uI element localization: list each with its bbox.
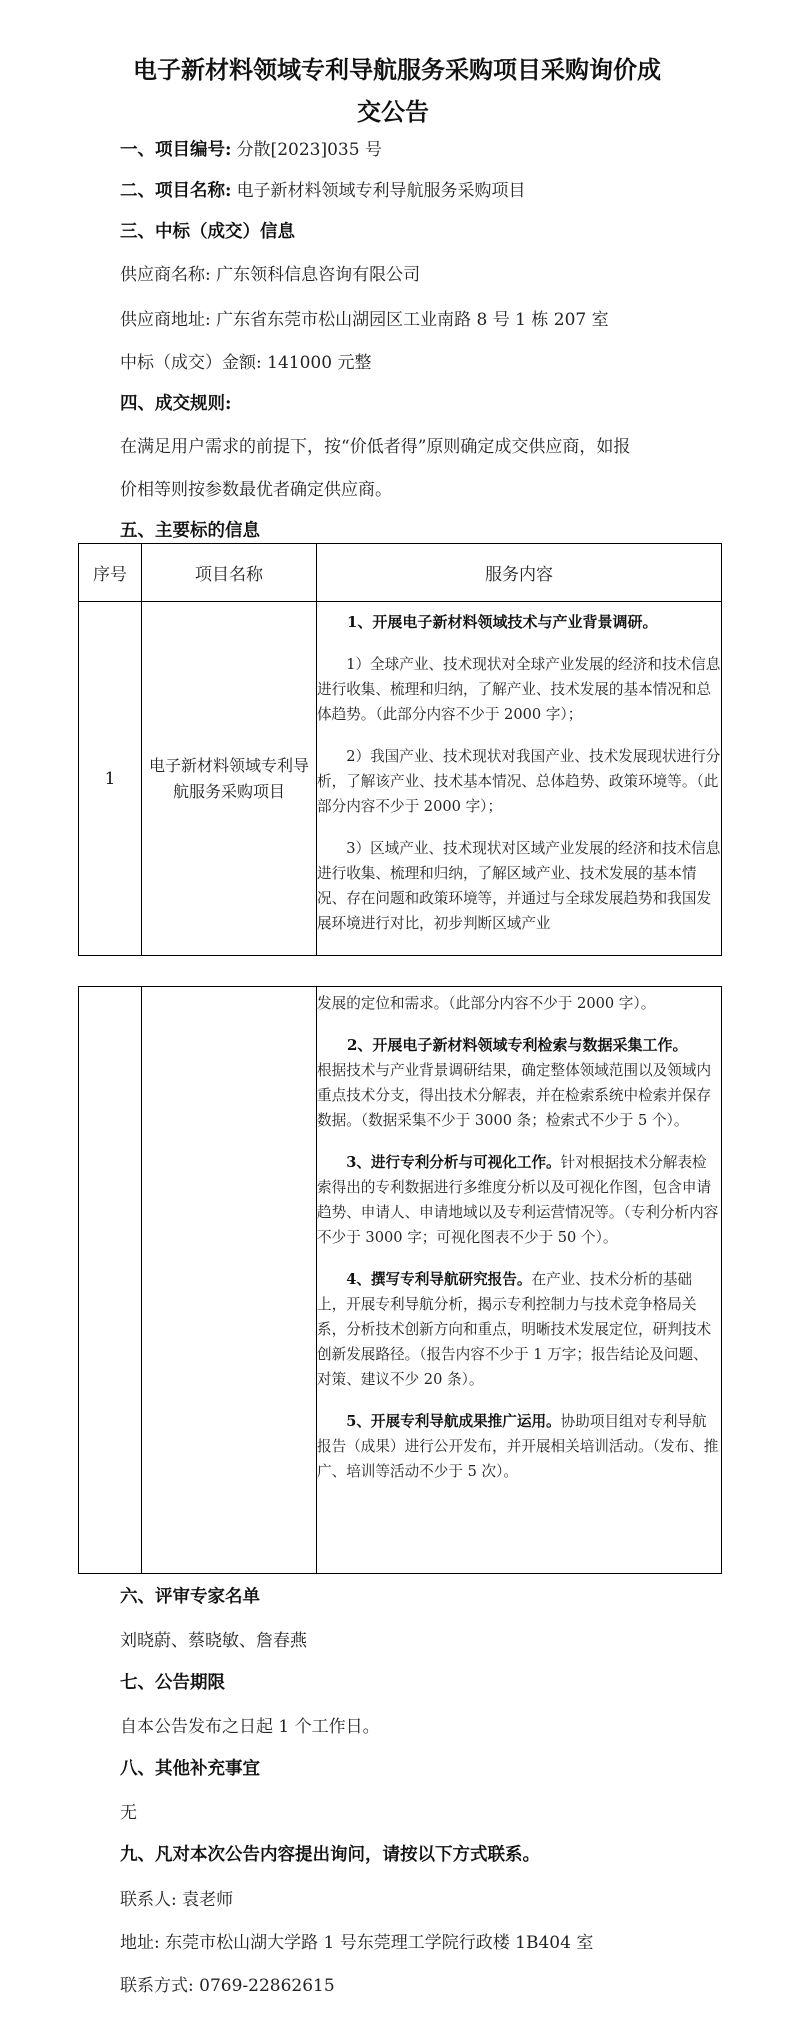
supplier-name-row: 供应商名称: 广东领科信息咨询有限公司: [120, 260, 420, 285]
header-project-name: 项目名称: [142, 544, 317, 602]
contact-address-label: 地址:: [120, 1933, 160, 1953]
section-heading: 二、项目名称:: [120, 181, 231, 201]
service-item-2-title: 2、开展电子新材料领域专利检索与数据采集工作。: [317, 1033, 721, 1058]
supplier-address-value: 广东省东莞市松山湖园区工业南路 8 号 1 栋 207 室: [216, 310, 609, 330]
row-service-content: 1、开展电子新材料领域技术与产业背景调研。 1）全球产业、技术现状对全球产业发展…: [317, 602, 722, 956]
header-index: 序号: [79, 544, 142, 602]
table-row: 1 电子新材料领域专利导航服务采购项目 1、开展电子新材料领域技术与产业背景调研…: [79, 602, 722, 956]
contact-phone-value: 0769-22862615: [199, 1976, 335, 1996]
section-heading-contact: 九、凡对本次公告内容提出询问，请按以下方式联系。: [120, 1841, 540, 1866]
document-title-line2: 交公告: [357, 92, 429, 127]
service-item-4-title: 4、撰写专利导航研究报告。: [346, 1271, 531, 1288]
section-project-number: 一、项目编号: 分散[2023]035 号: [120, 135, 382, 161]
contact-person-row: 联系人: 袁老师: [120, 1885, 233, 1910]
supplier-address-label: 供应商地址:: [120, 310, 211, 330]
project-name-value: 电子新材料领域专利导航服务采购项目: [237, 181, 526, 201]
service-item-4: 4、撰写专利导航研究报告。在产业、技术分析的基础上，开展专利导航分析，揭示专利控…: [317, 1267, 721, 1392]
service-item-1-p3: 3）区域产业、技术现状对区域产业发展的经济和技术信息进行收集、梳理和归纳，了解区…: [317, 836, 721, 936]
section-heading-award-info: 三、中标（成交）信息: [120, 218, 295, 243]
section-heading-other-matters: 八、其他补充事宜: [120, 1755, 260, 1780]
service-item-1-title: 1、开展电子新材料领域技术与产业背景调研。: [317, 610, 721, 635]
section-heading-rules: 四、成交规则:: [120, 390, 231, 415]
contact-phone-label: 联系方式:: [120, 1976, 194, 1996]
project-number-value: 分散[2023]035 号: [237, 140, 382, 160]
service-item-1-p1: 1）全球产业、技术现状对全球产业发展的经济和技术信息进行收集、梳理和归纳，了解产…: [317, 652, 721, 727]
other-matters-value: 无: [120, 1798, 137, 1823]
table-row-continued: 发展的定位和需求。（此部分内容不少于 2000 字）。 2、开展电子新材料领域专…: [79, 987, 722, 1574]
header-service-content: 服务内容: [317, 544, 722, 602]
service-item-5-title: 5、开展专利导航成果推广运用。: [346, 1413, 560, 1430]
service-item-5: 5、开展专利导航成果推广运用。协助项目组对专利导航报告（成果）进行公开发布，并开…: [317, 1409, 721, 1484]
contact-address-value: 东莞市松山湖大学路 1 号东莞理工学院行政楼 1B404 室: [165, 1933, 593, 1953]
contact-person-label: 联系人:: [120, 1890, 177, 1910]
service-item-4-body: 在产业、技术分析的基础上，开展专利导航分析，揭示专利控制力与技术竞争格局关系，分…: [317, 1271, 711, 1388]
section-heading-main-items: 五、主要标的信息: [120, 517, 260, 542]
items-table-part2: 发展的定位和需求。（此部分内容不少于 2000 字）。 2、开展电子新材料领域专…: [78, 986, 722, 1574]
service-item-1-p2: 2）我国产业、技术现状对我国产业、技术发展现状进行分析，了解该产业、技术基本情况…: [317, 744, 721, 819]
experts-list: 刘晓蔚、蔡晓敏、詹春燕: [120, 1626, 307, 1651]
rules-text-line1: 在满足用户需求的前提下，按“价低者得”原则确定成交供应商，如报: [120, 432, 630, 457]
award-amount-label: 中标（成交）金额:: [120, 353, 262, 373]
supplier-name-label: 供应商名称:: [120, 265, 211, 285]
items-table-part1: 序号 项目名称 服务内容 1 电子新材料领域专利导航服务采购项目 1、开展电子新…: [78, 543, 722, 956]
table-header-row: 序号 项目名称 服务内容: [79, 544, 722, 602]
contact-address-row: 地址: 东莞市松山湖大学路 1 号东莞理工学院行政楼 1B404 室: [120, 1928, 593, 1953]
award-amount-row: 中标（成交）金额: 141000 元整: [120, 348, 371, 373]
supplier-address-row: 供应商地址: 广东省东莞市松山湖园区工业南路 8 号 1 栋 207 室: [120, 305, 609, 330]
section-heading-experts: 六、评审专家名单: [120, 1583, 260, 1608]
row-service-content-continued: 发展的定位和需求。（此部分内容不少于 2000 字）。 2、开展电子新材料领域专…: [317, 987, 722, 1574]
rules-text-line2: 价相等则按参数最优者确定供应商。: [120, 475, 392, 500]
service-item-3: 3、进行专利分析与可视化工作。针对根据技术分解表检索得出的专利数据进行多维度分析…: [317, 1150, 721, 1250]
row-name-empty: [142, 987, 317, 1574]
award-amount-value: 141000 元整: [267, 353, 371, 373]
service-item-3-title: 3、进行专利分析与可视化工作。: [346, 1154, 560, 1171]
service-item-1-p3-cont: 发展的定位和需求。（此部分内容不少于 2000 字）。: [317, 991, 721, 1016]
section-heading: 一、项目编号:: [120, 140, 231, 160]
contact-phone-row: 联系方式: 0769-22862615: [120, 1971, 335, 1996]
service-item-2-body: 根据技术与产业背景调研结果，确定整体领域范围以及领域内重点技术分支，得出技术分解…: [317, 1058, 721, 1133]
row-index-empty: [79, 987, 142, 1574]
notice-period-value: 自本公告发布之日起 1 个工作日。: [120, 1712, 380, 1737]
document-title-line1: 电子新材料领域专利导航服务采购项目采购询价成: [133, 50, 661, 85]
row-project-name: 电子新材料领域专利导航服务采购项目: [142, 602, 317, 956]
contact-person-value: 袁老师: [182, 1890, 233, 1910]
row-index: 1: [79, 602, 142, 956]
section-heading-notice-period: 七、公告期限: [120, 1669, 225, 1694]
supplier-name-value: 广东领科信息咨询有限公司: [216, 265, 420, 285]
section-project-name: 二、项目名称: 电子新材料领域专利导航服务采购项目: [120, 176, 526, 202]
